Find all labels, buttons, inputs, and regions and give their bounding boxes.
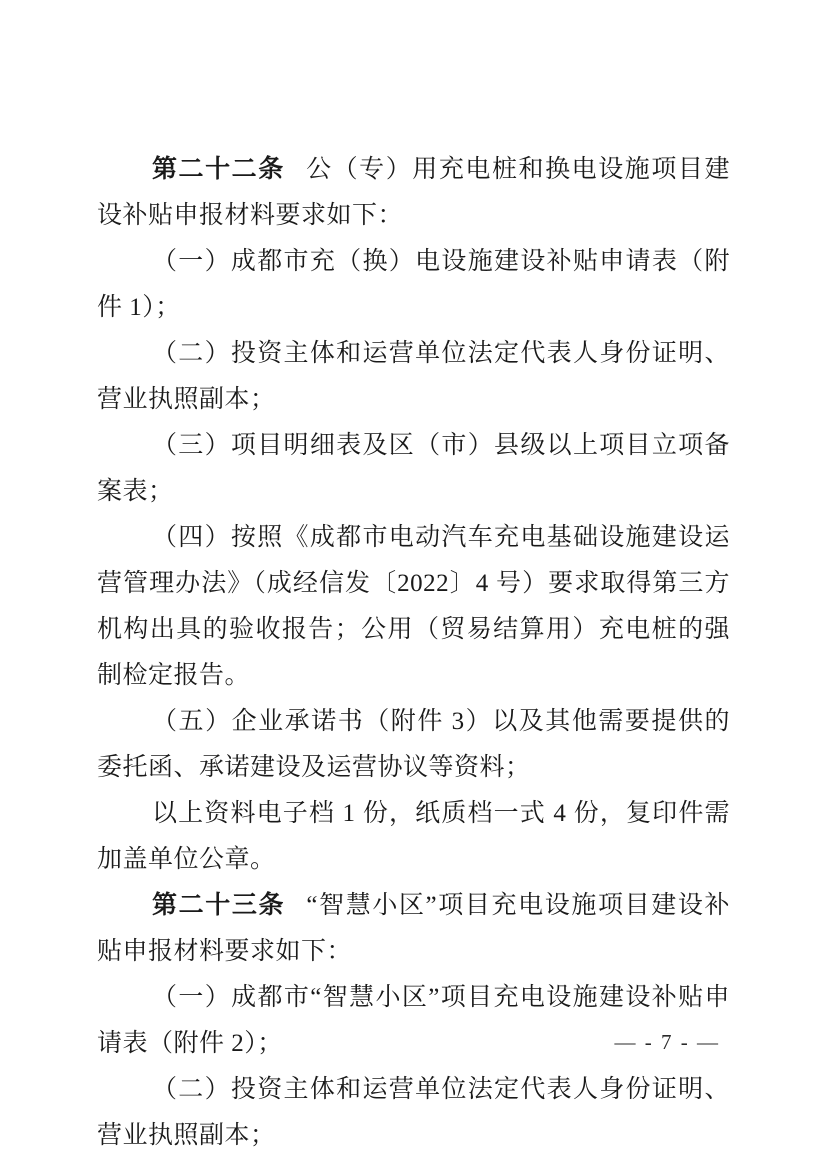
article-23-opening: 第二十三条“智慧小区”项目充电设施项目建设补贴申报材料要求如下： [97, 883, 730, 975]
document-body: 第二十二条公（专）用充电桩和换电设施项目建设补贴申报材料要求如下： （一）成都市… [97, 147, 730, 1159]
article-22-note: 以上资料电子档 1 份，纸质档一式 4 份，复印件需加盖单位公章。 [97, 791, 730, 883]
article-22-opening: 第二十二条公（专）用充电桩和换电设施项目建设补贴申报材料要求如下： [97, 147, 730, 239]
article-22-item-4: （四）按照《成都市电动汽车充电基础设施建设运营管理办法》（成经信发〔2022〕4… [97, 515, 730, 699]
article-23-number: 第二十三条 [152, 892, 285, 919]
document-page: 第二十二条公（专）用充电桩和换电设施项目建设补贴申报材料要求如下： （一）成都市… [0, 0, 826, 1169]
article-22-number: 第二十二条 [152, 156, 285, 183]
article-22-item-1: （一）成都市充（换）电设施建设补贴申请表（附件 1）； [97, 239, 730, 331]
article-22-item-2: （二）投资主体和运营单位法定代表人身份证明、营业执照副本； [97, 331, 730, 423]
article-22-item-3: （三）项目明细表及区（市）县级以上项目立项备案表； [97, 423, 730, 515]
article-22-item-5: （五）企业承诺书（附件 3）以及其他需要提供的委托函、承诺建设及运营协议等资料； [97, 699, 730, 791]
article-23-item-2: （二）投资主体和运营单位法定代表人身份证明、营业执照副本； [97, 1067, 730, 1159]
page-number: — - 7 - — [615, 1028, 721, 1056]
